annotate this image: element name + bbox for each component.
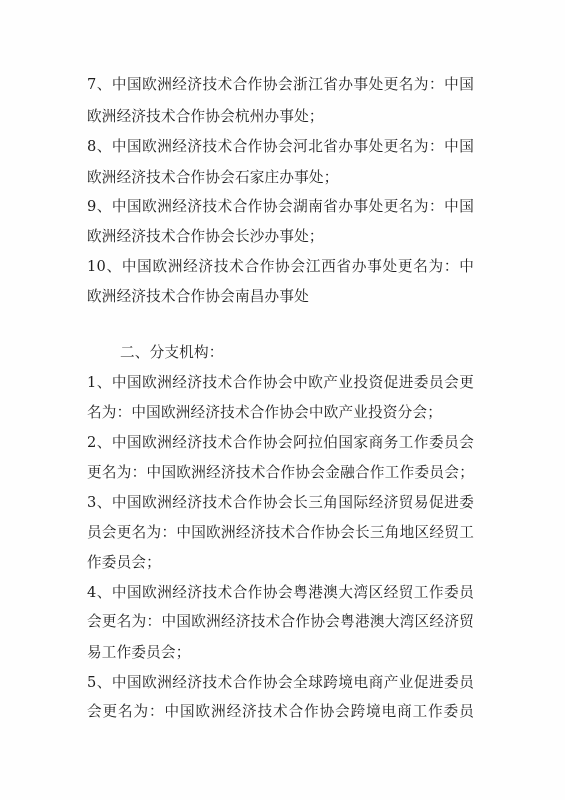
item-line: 易工作委员会； xyxy=(87,643,191,663)
item-line: 4、中国欧洲经济技术合作协会粤港澳大湾区经贸工作委员 xyxy=(87,583,474,603)
item-line: 更名为：中国欧洲经济技术合作协会金融合作工作委员会； xyxy=(87,463,474,483)
item-line: 作委员会； xyxy=(87,553,161,573)
document-page: 7、中国欧洲经济技术合作协会浙江省办事处更名为：中国 欧洲经济技术合作协会杭州办… xyxy=(0,0,565,800)
item-line: 5、中国欧洲经济技术合作协会全球跨境电商产业促进委员 xyxy=(87,673,474,693)
item-line: 3、中国欧洲经济技术合作协会长三角国际经济贸易促进委 xyxy=(87,493,474,513)
item-line: 欧洲经济技术合作协会石家庄办事处； xyxy=(87,168,339,188)
item-line: 会更名为：中国欧洲经济技术合作协会粤港澳大湾区经济贸 xyxy=(87,612,474,632)
item-line: 欧洲经济技术合作协会长沙办事处； xyxy=(87,227,324,247)
section-heading: 二、分支机构： xyxy=(120,343,224,363)
item-line: 名为：中国欧洲经济技术合作协会中欧产业投资分会； xyxy=(87,403,442,423)
item-line: 员会更名为：中国欧洲经济技术合作协会长三角地区经贸工 xyxy=(87,523,474,543)
item-line: 9、中国欧洲经济技术合作协会湖南省办事处更名为：中国 xyxy=(87,197,474,217)
item-line: 10、中国欧洲经济技术合作协会江西省办事处更名为：中国 xyxy=(87,257,474,277)
item-line: 8、中国欧洲经济技术合作协会河北省办事处更名为：中国 xyxy=(87,137,474,157)
item-line: 2、中国欧洲经济技术合作协会阿拉伯国家商务工作委员会 xyxy=(87,433,474,453)
item-line: 1、中国欧洲经济技术合作协会中欧产业投资促进委员会更 xyxy=(87,373,474,393)
item-line: 欧洲经济技术合作协会南昌办事处 xyxy=(87,287,309,307)
item-line: 会更名为：中国欧洲经济技术合作协会跨境电商工作委员 xyxy=(87,702,474,722)
item-line: 7、中国欧洲经济技术合作协会浙江省办事处更名为：中国 xyxy=(87,75,474,95)
item-line: 欧洲经济技术合作协会杭州办事处； xyxy=(87,107,324,127)
